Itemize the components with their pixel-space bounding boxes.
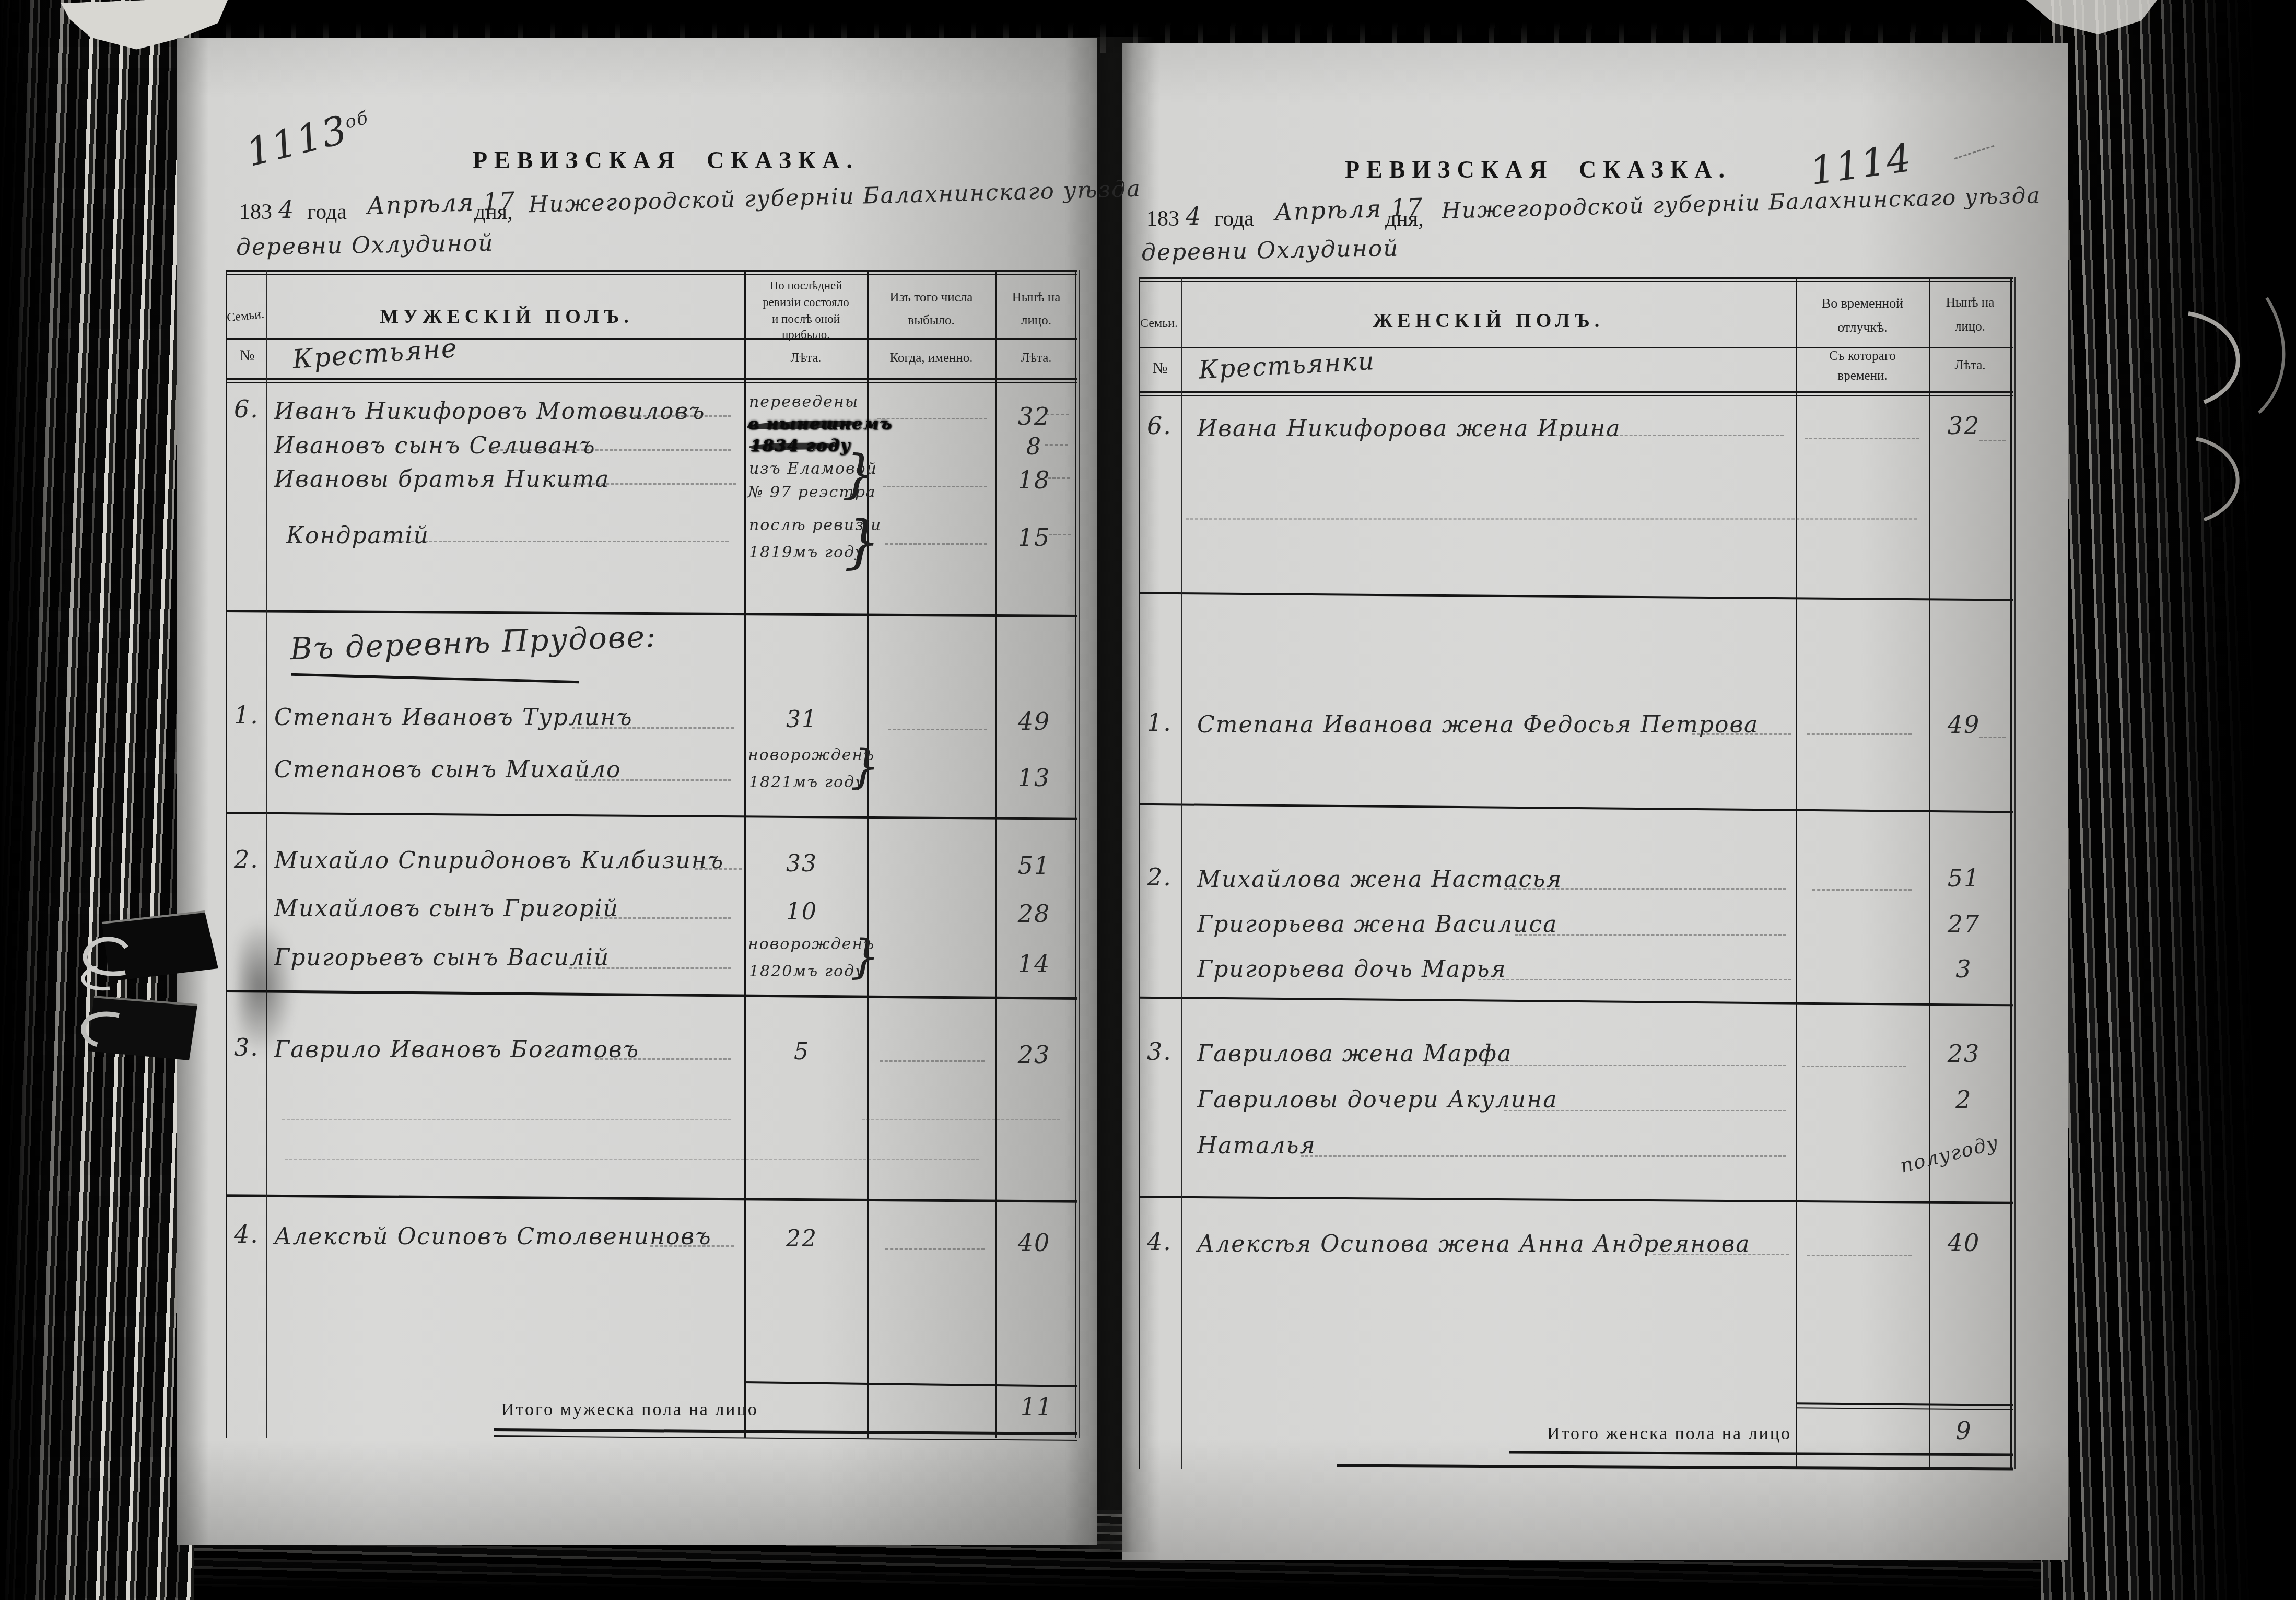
- family-number: 4.: [1147, 1228, 1172, 1256]
- age-now: 27: [1932, 910, 1995, 938]
- family-number: 4.: [234, 1220, 259, 1248]
- entry-name: Алексѣй Осиповъ Столвениновъ: [274, 1223, 712, 1250]
- right-col-away-header: отлучкѣ.: [1797, 320, 1928, 335]
- entry-name: Гаврилова жена Марфа: [1197, 1041, 1512, 1067]
- rule: [995, 270, 997, 1438]
- rule: [1139, 277, 2013, 279]
- rule: [1075, 270, 1076, 1438]
- clip-shadow: [238, 918, 295, 1055]
- right-col-now-header: лицо.: [1930, 320, 2010, 334]
- entry-name: Ивановы братья Никита: [274, 466, 610, 493]
- entry-name: Ивана Никифорова жена Ирина: [1197, 415, 1621, 442]
- rule: [226, 270, 1077, 272]
- entry-name: Михайловъ сынъ Григорій: [274, 895, 619, 922]
- age-now: 51: [1932, 864, 1995, 892]
- rule: [1139, 277, 1140, 1469]
- left-date-year-printed: 183: [239, 200, 272, 225]
- family-number: 2.: [234, 845, 259, 873]
- left-out-sub: Когда, именно.: [869, 351, 994, 366]
- entry-name: Михайло Спиридоновъ Килбизинъ: [274, 847, 724, 874]
- left-title: РЕВИЗСКАЯ СКАЗКА.: [473, 146, 838, 174]
- left-no-header: №: [230, 347, 264, 365]
- family-number: 1.: [1147, 708, 1172, 737]
- book-edge-left: [0, 0, 194, 1600]
- family-number: 6.: [1147, 412, 1172, 440]
- rule: [1181, 277, 1182, 1469]
- left-total-value: 11: [1008, 1393, 1065, 1421]
- right-page: [1122, 43, 2068, 1560]
- age-now: 49: [1932, 710, 1995, 739]
- left-total-label: Итого мужеска пола на лицо: [501, 1400, 734, 1420]
- right-date-village-hw: деревни Охлудиной: [1141, 235, 1399, 266]
- right-date-year-hw: 4: [1186, 202, 1202, 230]
- age-prev: 5: [749, 1038, 854, 1065]
- right-title: РЕВИЗСКАЯ СКАЗКА.: [1345, 156, 1711, 183]
- left-col-out-header: выбыло.: [869, 313, 994, 328]
- rule: [226, 382, 1077, 383]
- right-date-goda: года: [1214, 206, 1254, 231]
- binder-clips-icon: [73, 894, 245, 1067]
- left-col-prev-header: По послѣдней: [746, 279, 866, 293]
- revision-note: 1820мъ году: [749, 962, 865, 980]
- age-prev: 31: [749, 706, 854, 733]
- rule: [1139, 391, 2013, 393]
- age-now: 15: [1003, 523, 1065, 552]
- revision-note: переведены: [749, 393, 859, 411]
- left-date-village-hw: деревни Охлудиной: [236, 230, 494, 261]
- left-date-year-hw: 4: [278, 195, 295, 224]
- right-no-header: №: [1142, 359, 1178, 377]
- left-col-out-header: Изъ того числа: [869, 290, 994, 305]
- age-now: 8: [1003, 434, 1065, 460]
- age-now: 28: [1003, 900, 1065, 928]
- right-col-now-header: Нынѣ на: [1930, 296, 2010, 310]
- rule: [744, 270, 746, 1438]
- note-brace: }: [842, 448, 875, 500]
- age-now: 2: [1932, 1085, 1995, 1114]
- left-date-goda: года: [307, 200, 347, 225]
- entry-name: Григорьева жена Василиса: [1197, 911, 1557, 938]
- left-col-now-header: Нынѣ на: [997, 290, 1076, 305]
- rule: [1929, 277, 1930, 1469]
- book-edge-right: [2041, 0, 2296, 1600]
- entry-name: Григорьевъ сынъ Василій: [274, 944, 610, 971]
- left-page-number-sup: об: [343, 107, 371, 133]
- right-away-sub: Съ котораго: [1797, 349, 1928, 364]
- note-brace: }: [844, 513, 881, 570]
- left-col-prev-header: и послѣ оной: [746, 312, 866, 326]
- revision-note: 1821мъ году: [749, 773, 865, 791]
- rule: [1079, 270, 1080, 1438]
- entry-name: Степановъ сынъ Михайло: [274, 756, 621, 783]
- family-number: 1.: [234, 701, 259, 729]
- age-now: 14: [1003, 950, 1065, 978]
- age-now: 3: [1932, 955, 1995, 983]
- rule: [266, 270, 267, 1438]
- left-col-prev-header: прибыло.: [746, 328, 866, 342]
- age-now: 40: [1932, 1229, 1995, 1257]
- right-date-dnya: дня,: [1385, 206, 1424, 231]
- age-now: 51: [1003, 851, 1065, 880]
- family-number: 2.: [1147, 863, 1172, 891]
- right-col-away-header: Во временной: [1797, 296, 1928, 311]
- right-date-year-printed: 183: [1146, 206, 1179, 231]
- age-prev: 22: [749, 1225, 854, 1252]
- entry-name: Степана Иванова жена Федосья Петрова: [1197, 711, 1759, 738]
- rule: [226, 378, 1077, 380]
- entry-name: Кондратій: [286, 522, 429, 549]
- right-now-sub: Лѣта.: [1930, 358, 2010, 373]
- age-now: 49: [1003, 707, 1065, 735]
- left-now-sub: Лѣта.: [997, 351, 1076, 366]
- rule: [2010, 277, 2012, 1469]
- age-prev: 10: [749, 898, 854, 925]
- right-away-sub: времени.: [1797, 369, 1928, 383]
- entry-name: Ивановъ сынъ Селиванъ: [274, 433, 596, 459]
- right-col-sex-header: ЖЕНСКІЙ ПОЛЪ.: [1201, 309, 1776, 332]
- note-brace: }: [850, 934, 880, 980]
- rule: [1139, 395, 2013, 396]
- book-gutter: [1064, 37, 1154, 1552]
- rule: [226, 274, 1077, 275]
- left-page: [177, 38, 1097, 1545]
- entry-name: Григорьева дочь Марья: [1197, 956, 1507, 983]
- rule: [2014, 277, 2016, 1469]
- book-scan: 1113об РЕВИЗСКАЯ СКАЗКА. 183 4 года Апрѣ…: [0, 0, 2296, 1600]
- right-total-value: 9: [1932, 1417, 1995, 1445]
- left-prev-sub: Лѣта.: [746, 351, 866, 366]
- entry-name: Наталья: [1197, 1132, 1316, 1159]
- entry-name: Иванъ Никифоровъ Мотовиловъ: [274, 398, 705, 425]
- entry-name: Гаврило Ивановъ Богатовъ: [274, 1036, 639, 1063]
- left-col-now-header: лицо.: [997, 313, 1076, 328]
- rule: [1139, 347, 2013, 348]
- age-now: 40: [1003, 1229, 1065, 1257]
- left-date-dnya: дня,: [474, 200, 513, 225]
- family-number: 3.: [1147, 1037, 1172, 1066]
- rule: [1139, 281, 2013, 282]
- right-col-family-header: Семьи.: [1138, 317, 1180, 331]
- rule: [1796, 277, 1797, 1469]
- age-now: 23: [1932, 1040, 1995, 1068]
- rule: [226, 270, 227, 1438]
- age-prev: 33: [749, 850, 854, 877]
- entry-name: Гавриловы дочери Акулина: [1197, 1087, 1557, 1113]
- left-col-prev-header: ревизіи состояло: [746, 296, 866, 309]
- age-now: 18: [1003, 466, 1065, 494]
- family-number: 6.: [234, 395, 259, 423]
- right-clip-glints: [2168, 282, 2293, 554]
- left-col-sex-header: МУЖЕСКІЙ ПОЛЪ.: [272, 305, 742, 328]
- age-now: 23: [1003, 1041, 1065, 1069]
- age-now: 13: [1003, 764, 1065, 792]
- note-brace: }: [850, 744, 880, 790]
- age-now: 32: [1003, 402, 1065, 430]
- age-now: 32: [1932, 412, 1995, 440]
- right-total-label: Итого женска пола на лицо: [1499, 1424, 1791, 1444]
